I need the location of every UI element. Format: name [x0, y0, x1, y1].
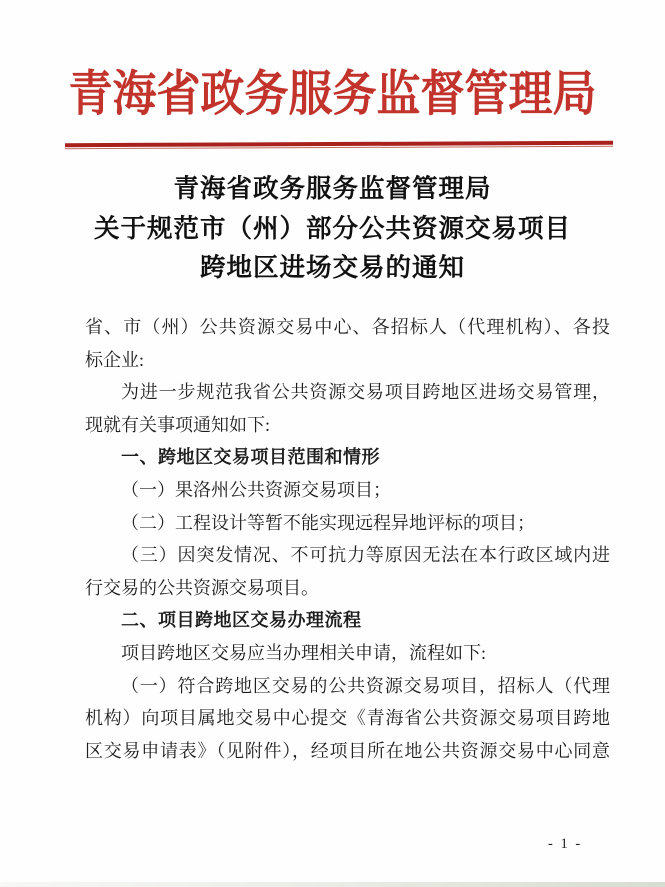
procedure-item-line: （一）符合跨地区交易的公共资源交易项目，招标人（代理	[85, 670, 610, 703]
section-heading-1: 一、跨地区交易项目范围和情形	[85, 441, 610, 474]
document-title-line: 跨地区进场交易的通知	[0, 248, 665, 288]
document-title: 青海省政务服务监督管理局 关于规范市（州）部分公共资源交易项目 跨地区进场交易的…	[0, 169, 665, 288]
procedure-item-line: 机构）向项目属地交易中心提交《青海省公共资源交易项目跨地	[85, 702, 610, 735]
list-item-line: （三）因突发情况、不可抗力等原因无法在本行政区域内进	[85, 539, 610, 572]
list-item-line: 行交易的公共资源交易项目。	[85, 572, 610, 605]
salutation-line: 省、市（州）公共资源交易中心、各招标人（代理机构）、各投	[85, 311, 610, 344]
document-title-line: 关于规范市（州）部分公共资源交易项目	[0, 209, 665, 249]
procedure-intro-line: 项目跨地区交易应当办理相关申请，流程如下:	[85, 637, 610, 670]
list-item-line: （二）工程设计等暂不能实现远程异地评标的项目；	[85, 507, 610, 540]
intro-paragraph-line: 现就有关事项通知如下:	[85, 409, 610, 442]
page-number: - 1 -	[548, 836, 582, 853]
scanned-document-page: 青海省政务服务监督管理局 青海省政务服务监督管理局 关于规范市（州）部分公共资源…	[0, 0, 665, 887]
procedure-item-line: 区交易申请表》（见附件），经项目所在地公共资源交易中心同意	[85, 735, 610, 768]
scan-edge-artifact	[0, 882, 665, 887]
intro-paragraph-line: 为进一步规范我省公共资源交易项目跨地区进场交易管理，	[85, 376, 610, 409]
document-title-line: 青海省政务服务监督管理局	[0, 169, 665, 209]
salutation-line: 标企业:	[85, 344, 610, 377]
list-item-line: （一）果洛州公共资源交易项目；	[85, 474, 610, 507]
letterhead-divider-rule	[65, 141, 613, 149]
document-body: 省、市（州）公共资源交易中心、各招标人（代理机构）、各投 标企业: 为进一步规范…	[85, 311, 610, 767]
section-heading-2: 二、项目跨地区交易办理流程	[85, 604, 610, 637]
letterhead-org-name: 青海省政务服务监督管理局	[0, 64, 665, 126]
